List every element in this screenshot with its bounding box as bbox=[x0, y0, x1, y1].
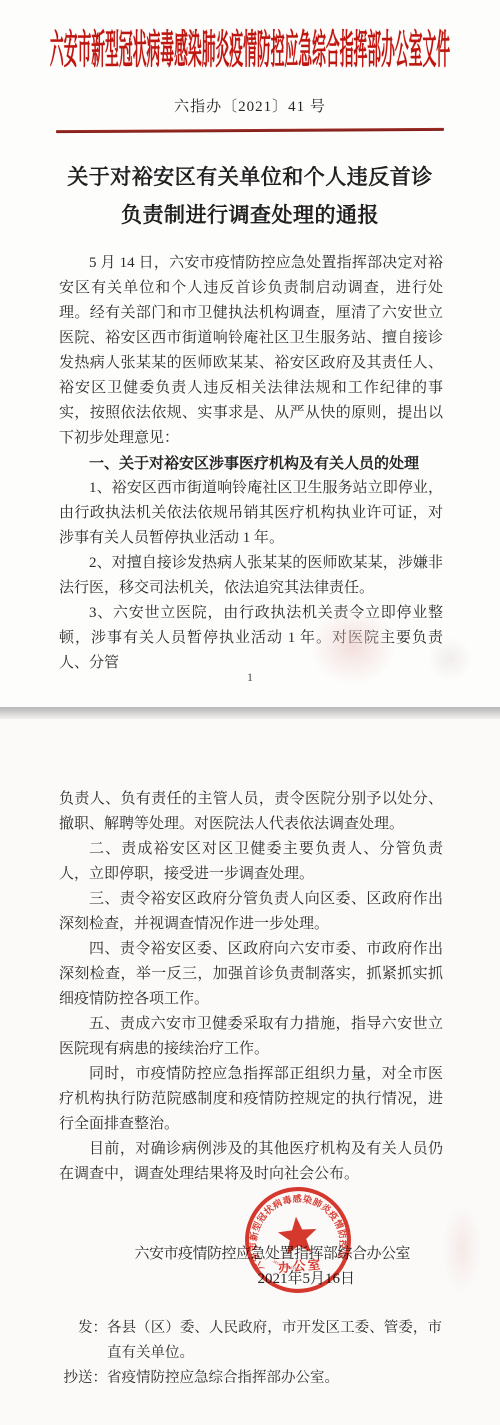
page-1-body: 5 月 14 日，六安市疫情防控应急处置指挥部决定对裕安区有关单位和个人违反首诊… bbox=[0, 251, 500, 676]
paragraph-intro: 5 月 14 日，六安市疫情防控应急处置指挥部决定对裕安区有关单位和个人违反首诊… bbox=[59, 251, 443, 451]
red-header-banner: 六安市新型冠状病毒感染肺炎疫情防控应急综合指挥部办公室文件 bbox=[0, 27, 500, 73]
send-label: 发： bbox=[60, 1316, 107, 1341]
paragraph-meanwhile: 同时，市疫情防控应急指挥部正组织力量，对全市医疗机构执行防范院感制度和疫情防控规… bbox=[59, 1062, 443, 1137]
section-heading-1: 一、关于对裕安区涉事医疗机构及有关人员的处理 bbox=[59, 451, 443, 476]
document-title: 关于对裕安区有关单位和个人违反首诊负责制进行调查处理的通报 bbox=[58, 159, 442, 235]
distribution-row: 发： 各县（区）委、人民政府，市开发区工委、管委，市直有关单位。 bbox=[60, 1316, 442, 1366]
document-number: 六指办〔2021〕41 号 bbox=[0, 95, 500, 116]
cc-row: 抄送： 省疫情防控应急综合指挥部办公室。 bbox=[60, 1366, 442, 1391]
send-recipients: 各县（区）委、人民政府，市开发区工委、管委，市直有关单位。 bbox=[107, 1316, 442, 1366]
official-red-seal: 六安市新型冠状病毒感染肺炎疫情防控应急综合指挥部 办公室 34150302019… bbox=[237, 1179, 358, 1300]
page-break-divider bbox=[0, 707, 500, 719]
page-2: 负责人、负有责任的主管人员，责令医院分别予以处分、撤职、解聘等处理。对医院法人代… bbox=[0, 719, 500, 1425]
distribution-footer: 发： 各县（区）委、人民政府，市开发区工委、管委，市直有关单位。 抄送： 省疫情… bbox=[0, 1316, 500, 1391]
cc-label: 抄送： bbox=[60, 1366, 107, 1391]
paragraph-section-2: 二、责成裕安区对区卫健委主要负责人、分管负责人，立即停职，接受进一步调查处理。 bbox=[59, 837, 443, 887]
scanned-document: 六安市新型冠状病毒感染肺炎疫情防控应急综合指挥部办公室文件 六指办〔2021〕4… bbox=[0, 0, 500, 1425]
cc-recipients: 省疫情防控应急综合指挥部办公室。 bbox=[107, 1366, 442, 1391]
paragraph-item-1: 1、裕安区西市街道响铃庵社区卫生服务站立即停业，由行政执法机关依法依规吊销其医疗… bbox=[59, 476, 443, 551]
paragraph-section-5: 五、责成六安市卫健委采取有力措施，指导六安世立医院现有病患的接续治疗工作。 bbox=[59, 1012, 443, 1062]
paragraph-item-3-continued: 负责人、负有责任的主管人员，责令医院分别予以处分、撤职、解聘等处理。对医院法人代… bbox=[59, 787, 443, 837]
paragraph-item-2: 2、对擅自接诊发热病人张某某的医师欧某某，涉嫌非法行医，移交司法机关，依法追究其… bbox=[59, 551, 443, 601]
red-divider-rule bbox=[56, 128, 444, 133]
page-number: 1 bbox=[0, 670, 500, 685]
paragraph-section-3: 三、责令裕安区政府分管负责人向区委、区政府作出深刻检查，并视调查情况作进一步处理… bbox=[59, 887, 443, 937]
page-1: 六安市新型冠状病毒感染肺炎疫情防控应急综合指挥部办公室文件 六指办〔2021〕4… bbox=[0, 0, 500, 707]
paragraph-item-3: 3、六安世立医院，由行政执法机关责令立即停业整顿，涉事有关人员暂停执业活动 1 … bbox=[59, 601, 443, 676]
issuing-office-banner-text: 六安市新型冠状病毒感染肺炎疫情防控应急综合指挥部办公室文件 bbox=[50, 27, 450, 73]
paragraph-section-4: 四、责令裕安区委、区政府向六安市委、市政府作出深刻检查，举一反三，加强首诊负责制… bbox=[59, 937, 443, 1012]
paragraph-currently: 目前，对确诊病例涉及的其他医疗机构及有关人员仍在调查中，调查处理结果将及时向社会… bbox=[59, 1137, 443, 1187]
seal-star-icon bbox=[277, 1215, 319, 1255]
page-2-body: 负责人、负有责任的主管人员，责令医院分别予以处分、撤职、解聘等处理。对医院法人代… bbox=[0, 719, 500, 1187]
